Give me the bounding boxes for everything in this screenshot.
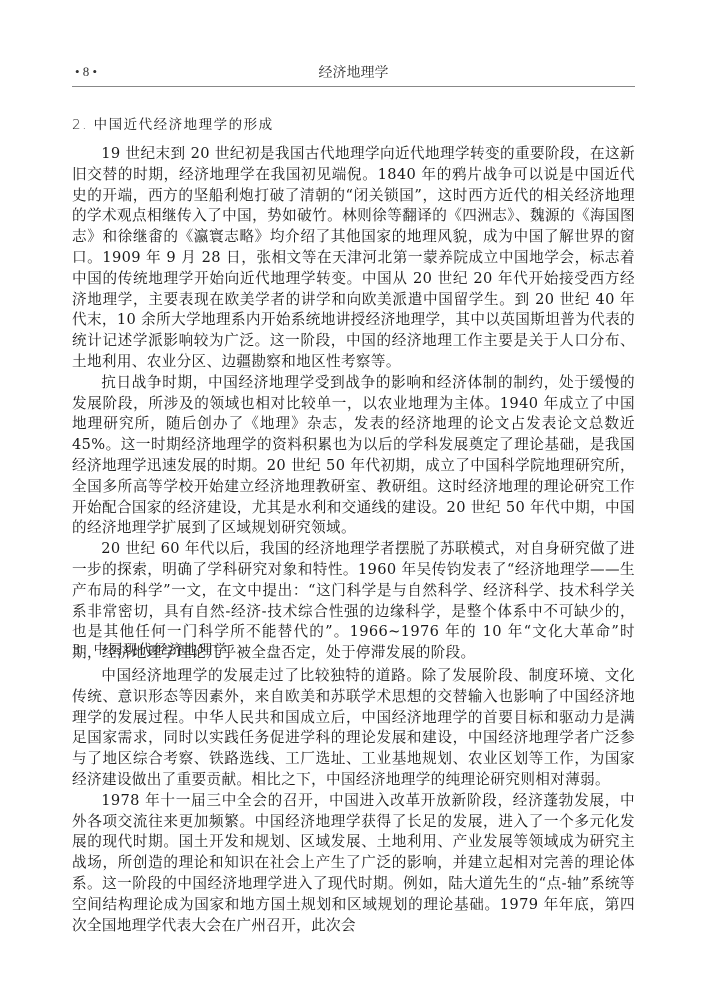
paragraph: 中国经济地理学的发展走过了比较独特的道路。除了发展阶段、制度环境、文化传统、意识… [72, 666, 635, 791]
paragraph: 1978 年十一届三中全会的召开，中国进入改革开放新阶段，经济蓬勃发展，中外各项… [72, 791, 635, 937]
header-rule [72, 86, 635, 87]
section-heading-2: 2. 中国近代经济地理学的形成 [72, 113, 274, 133]
paragraph: 抗日战争时期，中国经济地理学受到战争的影响和经济体制的制约，处于缓慢的发展阶段，… [72, 373, 635, 539]
section-3-body: 中国经济地理学的发展走过了比较独特的道路。除了发展阶段、制度环境、文化传统、意识… [72, 666, 635, 936]
running-title: 经济地理学 [72, 62, 635, 82]
paragraph: 19 世纪末到 20 世纪初是我国古代地理学向近代地理学转变的重要阶段，在这新旧… [72, 144, 635, 373]
page-header: • 8 • 经济地理学 [72, 60, 635, 84]
section-heading-3: 3. 中国现代经济地理学 [72, 638, 229, 658]
section-2-body: 19 世纪末到 20 世纪初是我国古代地理学向近代地理学转变的重要阶段，在这新旧… [72, 144, 635, 664]
